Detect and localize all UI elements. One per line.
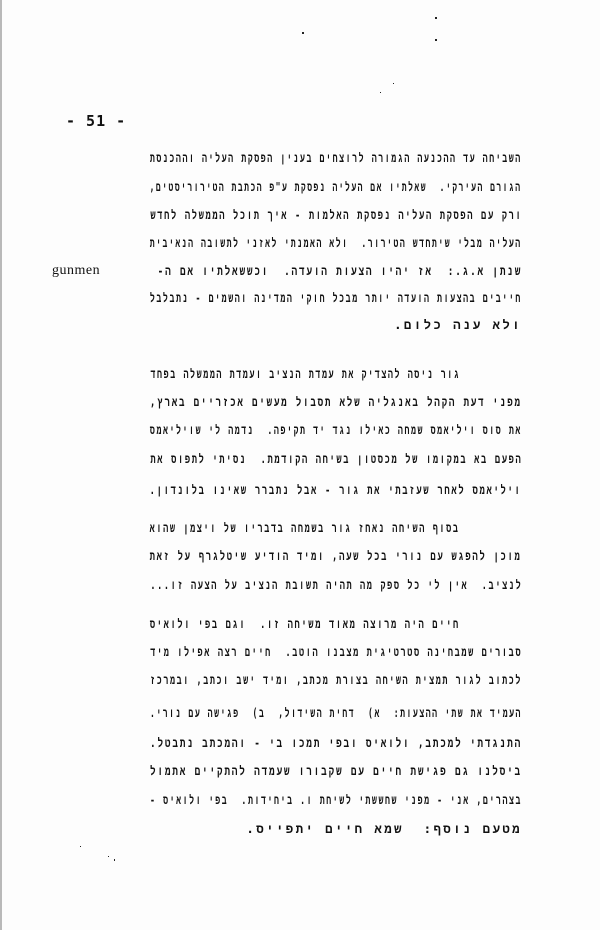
page-left-border	[0, 0, 2, 930]
scan-speck	[108, 856, 109, 857]
text-line: מוכן להפגש עם נורי בכל שעה, ומיד הודיע ש…	[150, 548, 522, 564]
scan-speck	[302, 32, 304, 34]
text-line: העליה מבלי שיתחדש הטירור. ולא האמנתי לאז…	[150, 235, 522, 251]
scan-speck	[435, 17, 437, 19]
text-line: את סוס ויליאמס שמחה כאילו נגד יד תקיפה. …	[150, 422, 522, 438]
text-line: שנתן א.ג.: אז יהיו הצעות הועדה. וכששאלתי…	[150, 263, 522, 279]
scan-speck	[80, 846, 81, 847]
text-line: חייבים בהצעות הועדה יותר מבכל חוקי המדינ…	[150, 290, 522, 306]
text-line: ולא ענה כלום.	[394, 317, 522, 333]
text-line: חיים היה מרוצה מאוד משיחה זו. וגם בפי ול…	[150, 616, 460, 632]
text-line: לכתוב לגור תמצית השיחה בצורת מכתב, ומיד …	[150, 672, 522, 688]
page-number: - 51 -	[66, 112, 126, 130]
text-line: הפעם בא במקומו של מכסטון בשיחה הקודמת. נ…	[150, 451, 522, 467]
text-line: גור ניסה להצדיק את עמדת הנציב ועמדת הממש…	[150, 366, 460, 382]
text-line: הגורם העירקי. שאלתיו אם העליה נפסקת ע"פ …	[150, 179, 522, 195]
text-line: בצהרים, אני - מפני שחששתי לשיחת ו. ביחיד…	[150, 792, 522, 808]
scan-speck	[393, 83, 394, 84]
scan-speck	[435, 39, 437, 41]
text-line-latin-word: gunmen	[52, 263, 100, 279]
text-line: ויליאמס לאחר שעזבתי את גור - אבל נתברר ש…	[150, 482, 522, 498]
text-line: מטעם נוסף: שמא חיים יתפייס.	[246, 821, 522, 837]
text-line: ורק עם הפסקת העליה נפסקת האלמות - איך תו…	[150, 207, 522, 223]
text-line: השביחה עד ההכנעה הגמורה לרוצחים בענין הפ…	[150, 150, 522, 166]
text-line: לנציב. אין לי כל ספק מה תהיה תשובת הנציב…	[150, 577, 522, 593]
text-line: ביסלנו גם פגישת חיים עם שקבורו שעמדה להת…	[150, 763, 522, 779]
text-line: העמיד את שתי ההצעות: א) דחית השידול, ב) …	[150, 705, 522, 721]
scan-speck	[114, 859, 115, 861]
scan-speck	[380, 92, 381, 93]
text-line: סבורים שמבחינה סטרטיגית מצבנו הוטב. חיים…	[150, 644, 522, 660]
text-line: בסוף השיחה נאחז גור בשמחה בדבריו של ויצמ…	[150, 520, 460, 536]
text-line: התנגדתי למכתב, ולואיס ובפי תמכו בי - והמ…	[150, 735, 522, 751]
text-line: מפני דעת הקהל באנגליה שלא תסבול מעשים אכ…	[150, 394, 522, 410]
